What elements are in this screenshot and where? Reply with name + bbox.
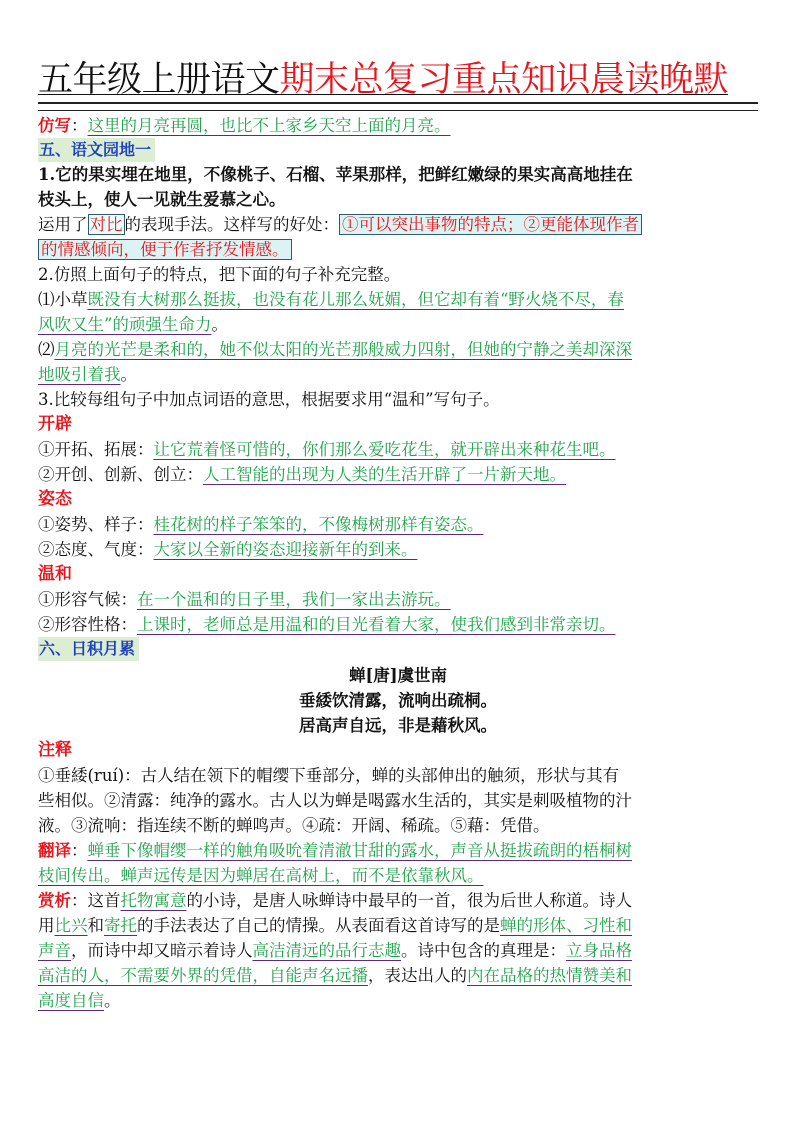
appreciation-line-5: 高度自信。 — [38, 988, 758, 1013]
q1-answer-line2: 的情感倾向，便于作者抒发情感。 — [38, 237, 758, 262]
q2-item1-answer-cont: 风吹又生”的顽强生命力 — [38, 315, 211, 334]
example-sentence: 人工智能的出现为人类的生活开辟了一片新天地。 — [203, 465, 566, 484]
keyword: 比兴 — [55, 916, 88, 935]
title-red-part: 期末总复习重点知识晨读晚默 — [280, 60, 729, 100]
text: ，表达出人的 — [368, 966, 467, 985]
q1-answer-line1: 运用了对比的表现手法。这样写的好处：①可以突出事物的特点；②更能体现作者 — [38, 212, 758, 237]
translation-label: 翻译 — [38, 841, 71, 860]
keyword: 高洁的人，不需要外界的凭借，自能声名远播 — [38, 966, 368, 985]
q2-item2-prefix: ⑵ — [38, 340, 55, 359]
poem-line-2: 居高声自远，非是藉秋风。 — [38, 713, 758, 738]
kaipi-item-1: ①开拓、拓展：让它荒着怪可惜的，你们那么爱吃花生，就开辟出来种花生吧。 — [38, 437, 758, 462]
notes-heading: 注释 — [38, 738, 758, 763]
zitai-item-1: ①姿势、样子：桂花树的样子笨笨的，不像梅树那样有姿态。 — [38, 512, 758, 537]
text: 这首 — [88, 891, 121, 910]
q2-item1-answer: 既没有大树那么挺拔，也没有花儿那么妩媚，但它却有着“野火烧不尽，春 — [88, 290, 624, 309]
title-black-part: 五年级上册语文 — [38, 60, 280, 100]
appreciation-line-1: 赏析：这首托物寓意的小诗，是唐人咏蝉诗中最早的一首，很为后世人称道。诗人 — [38, 888, 758, 913]
benefit-answer-box-2: 的情感倾向，便于作者抒发情感。 — [38, 239, 292, 260]
q2-prompt: 2.仿照上面句子的特点，把下面的句子补充完整。 — [38, 262, 758, 287]
notes-line-1: ①垂緌(ruí)：古人结在领下的帽缨下垂部分，蝉的头部伸出的触须，形状与其有 — [38, 763, 758, 788]
translation-text-cont: 枝间传出。蝉声远传是因为蝉居在高树上，而不是依靠秋风。 — [38, 866, 484, 885]
appreciation-line-4: 高洁的人，不需要外界的凭借，自能声名远播，表达出人的内在品格的热情赞美和 — [38, 963, 758, 988]
keyword: 托物寓意 — [121, 891, 187, 910]
colon: ： — [71, 116, 88, 135]
page-title: 五年级上册语文期末总复习重点知识晨读晚默 — [38, 58, 758, 102]
q1-text-line1: 1.它的果实埋在地里，不像桃子、石榴、苹果那样，把鲜红嫩绿的果实高高地挂在 — [38, 162, 758, 187]
section-heading-5: 五、语文园地一 — [38, 138, 155, 162]
wenhe-item-2: ②形容性格：上课时，老师总是用温和的目光看着大家，使我们感到非常亲切。 — [38, 612, 758, 637]
keyword: 立身品格 — [566, 941, 632, 960]
meaning: ②形容性格： — [38, 615, 137, 634]
q2-item1-prefix: ⑴小草 — [38, 290, 88, 309]
example-sentence: 大家以全新的姿态迎接新年的到来。 — [154, 540, 418, 559]
meaning: ②开创、创新、创立： — [38, 465, 203, 484]
keyword: 高度自信 — [38, 991, 104, 1010]
q1-text-line2: 枝头上，使人一见就生爱慕之心。 — [38, 187, 758, 212]
colon: ： — [71, 841, 88, 860]
example-sentence: 上课时，老师总是用温和的目光看着大家，使我们感到非常亲切。 — [137, 615, 616, 634]
meaning: ②态度、气度： — [38, 540, 154, 559]
word-heading-zitai: 姿态 — [38, 487, 758, 512]
benefit-answer-box-1: ①可以突出事物的特点；②更能体现作者 — [339, 214, 642, 235]
section-heading-6: 六、日积月累 — [38, 637, 139, 661]
example-sentence: 让它荒着怪可惜的，你们那么爱吃花生，就开辟出来种花生吧。 — [154, 440, 616, 459]
keyword: 内在品格的热情赞美和 — [467, 966, 632, 985]
keyword: 蝉的形体、习性和 — [500, 916, 632, 935]
poem-line-1: 垂緌饮清露，流响出疏桐。 — [38, 688, 758, 713]
imitation-writing: 仿写：这里的月亮再圆，也比不上家乡天空上面的月亮。 — [38, 113, 758, 138]
text: 。 — [104, 991, 121, 1010]
translation-line-1: 翻译：蝉垂下像帽缨一样的触角吸吮着清澈甘甜的露水，声音从挺拔疏朗的梧桐树 — [38, 838, 758, 863]
keyword: 声音 — [38, 941, 71, 960]
q1-pre: 运用了 — [38, 215, 88, 234]
q2-item2-line1: ⑵月亮的光芒是柔和的，她不似太阳的光芒那般威力四射，但她的宁静之美却深深 — [38, 337, 758, 362]
wenhe-item-1: ①形容气候：在一个温和的日子里，我们一家出去游玩。 — [38, 587, 758, 612]
notes-line-2: 些相似。②清露：纯净的露水。古人以为蝉是喝露水生活的，其实是刺吸植物的汁 — [38, 788, 758, 813]
text: 和 — [88, 916, 105, 935]
title-divider — [38, 102, 758, 111]
example-sentence: 桂花树的样子笨笨的，不像梅树那样有姿态。 — [154, 515, 484, 534]
zitai-item-2: ②态度、气度：大家以全新的姿态迎接新年的到来。 — [38, 537, 758, 562]
translation-line-2: 枝间传出。蝉声远传是因为蝉居在高树上，而不是依靠秋风。 — [38, 863, 758, 888]
text: ，而诗中却又暗示着诗人 — [71, 941, 253, 960]
q3-prompt: 3.比较每组句子中加点词语的意思，根据要求用“温和”写句子。 — [38, 387, 758, 412]
colon: ： — [71, 891, 88, 910]
example-sentence: 在一个温和的日子里，我们一家出去游玩。 — [137, 590, 451, 609]
poem-title: 蝉[唐]虞世南 — [38, 663, 758, 688]
appreciation-line-2: 用比兴和寄托的手法表达了自己的情操。从表面看这首诗写的是蝉的形体、习性和 — [38, 913, 758, 938]
period: 。 — [121, 365, 138, 384]
meaning: ①姿势、样子： — [38, 515, 154, 534]
q2-item1-line1: ⑴小草既没有大树那么挺拔，也没有花儿那么妩媚，但它却有着“野火烧不尽，春 — [38, 287, 758, 312]
q2-item2-line2: 地吸引着我。 — [38, 362, 758, 387]
meaning: ①开拓、拓展： — [38, 440, 154, 459]
document-page: 五年级上册语文期末总复习重点知识晨读晚默 仿写：这里的月亮再圆，也比不上家乡天空… — [38, 58, 758, 1013]
text: 用 — [38, 916, 55, 935]
imitation-answer: 这里的月亮再圆，也比不上家乡天空上面的月亮。 — [88, 116, 451, 135]
word-heading-kaipi: 开辟 — [38, 412, 758, 437]
q2-item2-answer-cont: 地吸引着我 — [38, 365, 121, 384]
q1-mid: 的表现手法。这样写的好处： — [125, 215, 340, 234]
text: 的手法表达了自己的情操。从表面看这首诗写的是 — [137, 916, 500, 935]
q2-item2-answer: 月亮的光芒是柔和的，她不似太阳的光芒那般威力四射，但她的宁静之美却深深 — [55, 340, 633, 359]
imitation-label: 仿写 — [38, 116, 71, 135]
meaning: ①形容气候： — [38, 590, 137, 609]
technique-answer-box: 对比 — [88, 214, 125, 235]
period: 。 — [211, 315, 228, 334]
text: 的小诗，是唐人咏蝉诗中最早的一首，很为后世人称道。诗人 — [187, 891, 633, 910]
keyword: 寄托 — [104, 916, 137, 935]
text: 。诗中包含的真理是： — [401, 941, 566, 960]
appreciation-label: 赏析 — [38, 891, 71, 910]
q2-item1-line2: 风吹又生”的顽强生命力。 — [38, 312, 758, 337]
translation-text: 蝉垂下像帽缨一样的触角吸吮着清澈甘甜的露水，声音从挺拔疏朗的梧桐树 — [88, 841, 633, 860]
kaipi-item-2: ②开创、创新、创立：人工智能的出现为人类的生活开辟了一片新天地。 — [38, 462, 758, 487]
word-heading-wenhe: 温和 — [38, 562, 758, 587]
notes-line-3: 液。③流响：指连续不断的蝉鸣声。④疏：开阔、稀疏。⑤藉：凭借。 — [38, 813, 758, 838]
appreciation-line-3: 声音，而诗中却又暗示着诗人高洁清远的品行志趣。诗中包含的真理是：立身品格 — [38, 938, 758, 963]
keyword: 高洁清远的品行志趣 — [253, 941, 402, 960]
